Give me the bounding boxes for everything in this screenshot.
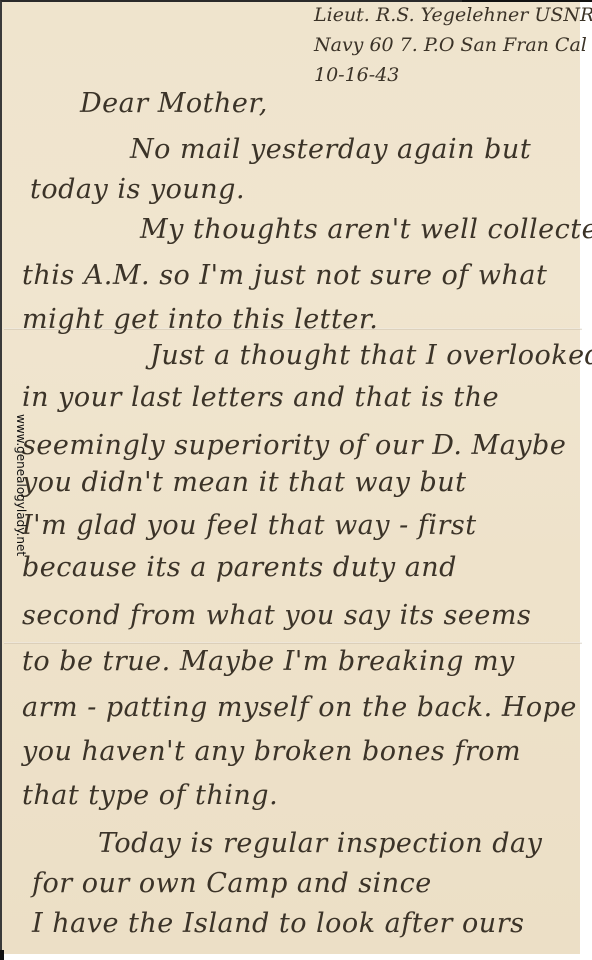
letter-line: this A.M. so I'm just not sure of what bbox=[22, 260, 547, 291]
watermark-url: www.genealogylady.net bbox=[14, 414, 28, 556]
scan-edge-corner bbox=[0, 950, 4, 960]
scan-edge-top bbox=[462, 0, 592, 2]
letter-line: I have the Island to look after ours bbox=[32, 908, 524, 939]
sender-address: Navy 60 7. P.O San Fran Cal bbox=[314, 34, 587, 56]
letter-line: you didn't mean it that way but bbox=[22, 467, 466, 498]
letter-line: My thoughts aren't well collected bbox=[140, 214, 592, 245]
letter-line: I'm glad you feel that way - first bbox=[22, 510, 477, 541]
letter-line: in your last letters and that is the bbox=[22, 382, 499, 413]
letter-date: 10-16-43 bbox=[314, 64, 399, 86]
letter-line: today is young. bbox=[30, 174, 245, 205]
letter-line: you haven't any broken bones from bbox=[22, 736, 521, 767]
letter-page: Lieut. R.S. Yegelehner USNR Navy 60 7. P… bbox=[0, 0, 580, 954]
letter-line: Just a thought that I overlooked bbox=[150, 340, 592, 371]
letter-line: No mail yesterday again but bbox=[130, 134, 531, 165]
sender-name: Lieut. R.S. Yegelehner USNR bbox=[314, 4, 592, 26]
letter-line: arm - patting myself on the back. Hope bbox=[22, 692, 577, 723]
letter-line: that type of thing. bbox=[22, 780, 278, 811]
letter-line: because its a parents duty and bbox=[22, 552, 457, 583]
fold-crease-lower bbox=[4, 642, 582, 644]
letter-line: seemingly superiority of our D. Maybe bbox=[22, 430, 566, 461]
letter-line: for our own Camp and since bbox=[32, 868, 432, 899]
letter-line: Today is regular inspection day bbox=[98, 828, 542, 859]
letter-line: to be true. Maybe I'm breaking my bbox=[22, 646, 515, 677]
salutation: Dear Mother, bbox=[80, 88, 268, 119]
letter-line: second from what you say its seems bbox=[22, 600, 531, 631]
letter-line: might get into this letter. bbox=[22, 304, 378, 335]
